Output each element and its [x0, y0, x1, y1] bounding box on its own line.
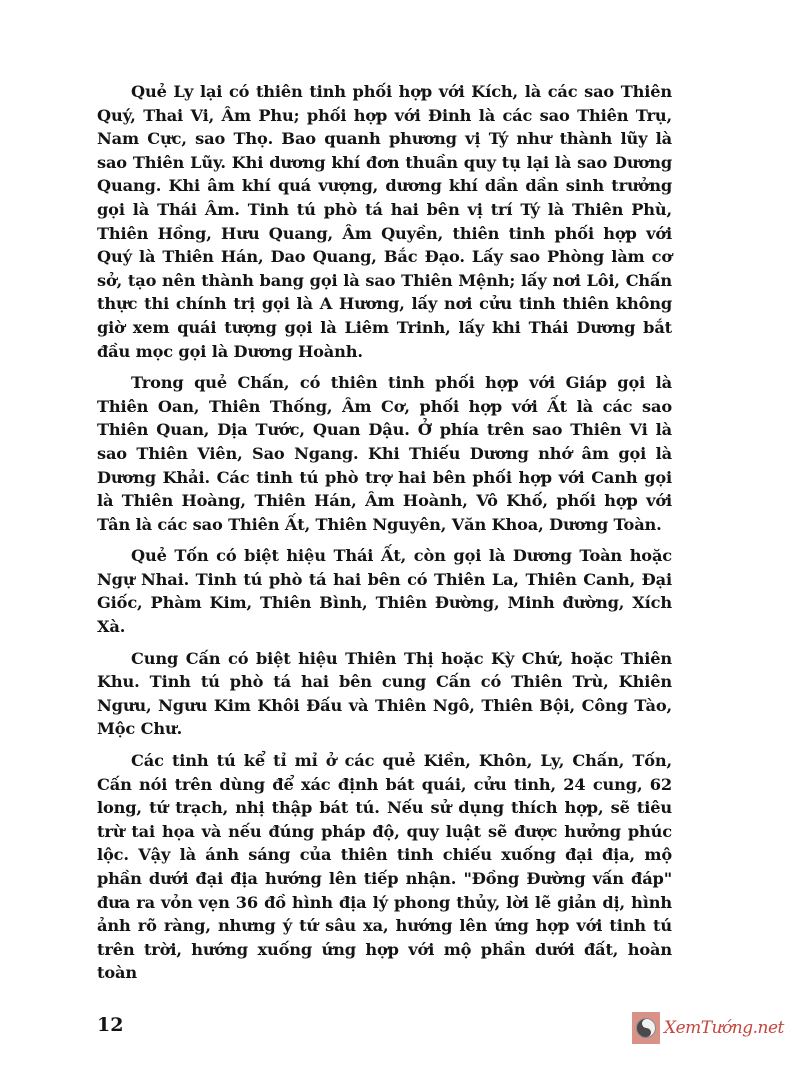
watermark-text: XemTướng.net: [664, 1018, 784, 1038]
yin-yang-icon: [636, 1018, 656, 1038]
paragraph-que-chan: Trong quẻ Chấn, có thiên tinh phối hợp v…: [97, 371, 672, 536]
page-body: Quẻ Ly lại có thiên tinh phối hợp với Kí…: [97, 80, 672, 993]
watermark-logo: XemTướng.net: [632, 1012, 784, 1044]
paragraph-cung-can: Cung Cấn có biệt hiệu Thiên Thị hoặc Kỳ …: [97, 647, 672, 741]
paragraph-que-ly: Quẻ Ly lại có thiên tinh phối hợp với Kí…: [97, 80, 672, 363]
logo-box: [632, 1012, 660, 1044]
page-number: 12: [97, 1014, 123, 1036]
paragraph-que-ton: Quẻ Tốn có biệt hiệu Thái Ất, còn gọi là…: [97, 544, 672, 638]
paragraph-cac-tinh-tu: Các tinh tú kể tỉ mỉ ở các quẻ Kiền, Khô…: [97, 749, 672, 985]
